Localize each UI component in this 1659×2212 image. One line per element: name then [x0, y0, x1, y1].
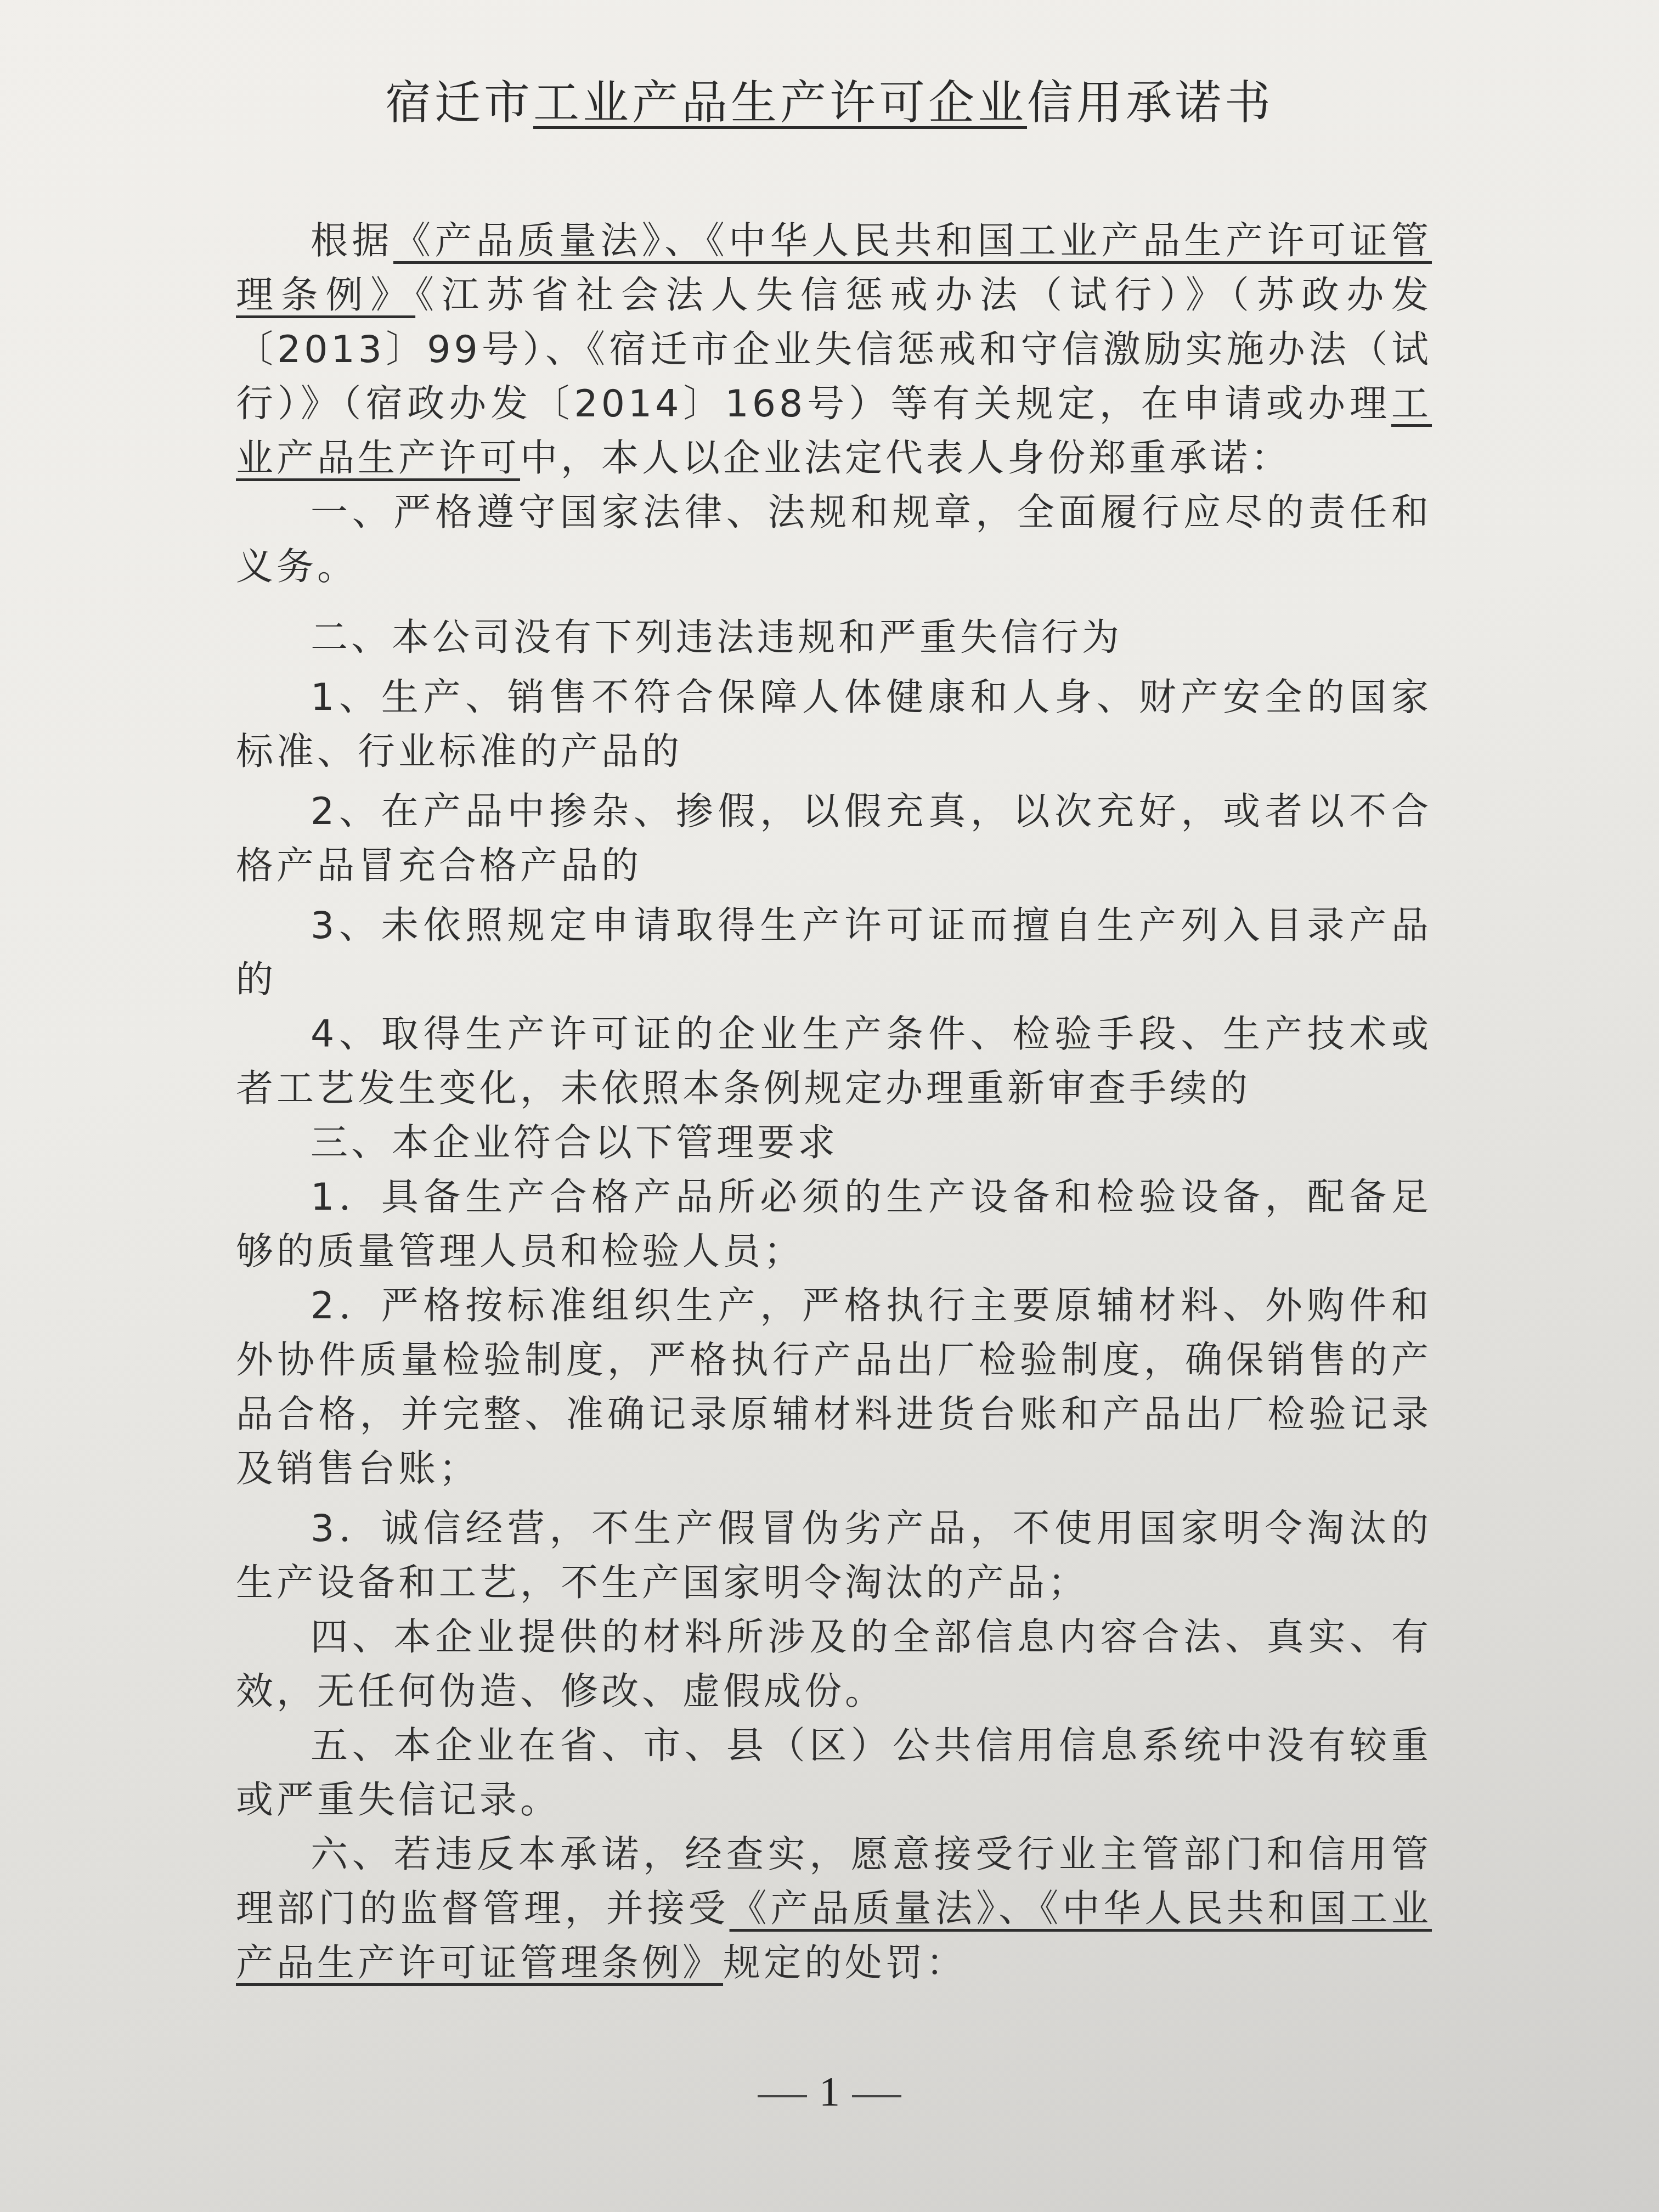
intro-paragraph: 根据《产品质量法》、《中华人民共和国工业产品生产许可证管理条例》《江苏省社会法人… [236, 214, 1432, 486]
clause-6: 六、若违反本承诺，经查实，愿意接受行业主管部门和信用管理部门的监督管理，并接受《… [236, 1827, 1432, 1990]
title-suffix: 信用承诺书 [1027, 76, 1274, 129]
dash-right [852, 2095, 901, 2097]
page-number-value: 1 [819, 2069, 840, 2115]
dash-left [758, 2095, 807, 2097]
clause-2-item-2: 2、在产品中掺杂、掺假，以假充真，以次充好，或者以不合格产品冒充合格产品的 [236, 785, 1432, 893]
clause-5: 五、本企业在省、市、县（区）公共信用信息系统中没有较重或严重失信记录。 [236, 1719, 1432, 1827]
title-prefix: 宿迁市 [385, 76, 533, 129]
document-title: 宿迁市工业产品生产许可企业信用承诺书 [0, 66, 1659, 132]
intro-middle: 《江苏省社会法人失信惩戒办法（试行）》（苏政办发〔2013〕99号）、《宿迁市企… [236, 274, 1432, 426]
clause-2: 二、本公司没有下列违法违规和严重失信行为 [236, 611, 1432, 665]
clause-3-item-3: 3．诚信经营，不生产假冒伪劣产品，不使用国家明令淘汰的生产设备和工艺，不生产国家… [236, 1502, 1432, 1610]
document-body: 根据《产品质量法》、《中华人民共和国工业产品生产许可证管理条例》《江苏省社会法人… [236, 214, 1432, 1990]
clause-1: 一、严格遵守国家法律、法规和规章，全面履行应尽的责任和义务。 [236, 486, 1432, 594]
intro-tail: 中，本人以企业法定代表人身份郑重承诺： [520, 437, 1291, 480]
intro-lead: 根据 [311, 219, 393, 263]
title-underlined: 工业产品生产许可企业 [533, 76, 1027, 129]
clause-4: 四、本企业提供的材料所涉及的全部信息内容合法、真实、有效，无任何伪造、修改、虚假… [236, 1610, 1432, 1719]
clause-2-item-3: 3、未依照规定申请取得生产许可证而擅自生产列入目录产品的 [236, 899, 1432, 1007]
page-number: 1 [0, 2068, 1659, 2116]
document-page: 宿迁市工业产品生产许可企业信用承诺书 根据《产品质量法》、《中华人民共和国工业产… [0, 0, 1659, 2212]
clause-3-item-1: 1．具备生产合格产品所必须的生产设备和检验设备，配备足够的质量管理人员和检验人员… [236, 1170, 1432, 1279]
clause-2-item-1: 1、生产、销售不符合保障人体健康和人身、财产安全的国家标准、行业标准的产品的 [236, 670, 1432, 779]
clause-3: 三、本企业符合以下管理要求 [236, 1116, 1432, 1170]
clause-6-tail: 规定的处罚： [723, 1942, 967, 1985]
clause-3-item-2: 2．严格按标准组织生产，严格执行主要原辅材料、外购件和外协件质量检验制度，严格执… [236, 1279, 1432, 1496]
clause-2-item-4: 4、取得生产许可证的企业生产条件、检验手段、生产技术或者工艺发生变化，未依照本条… [236, 1007, 1432, 1116]
